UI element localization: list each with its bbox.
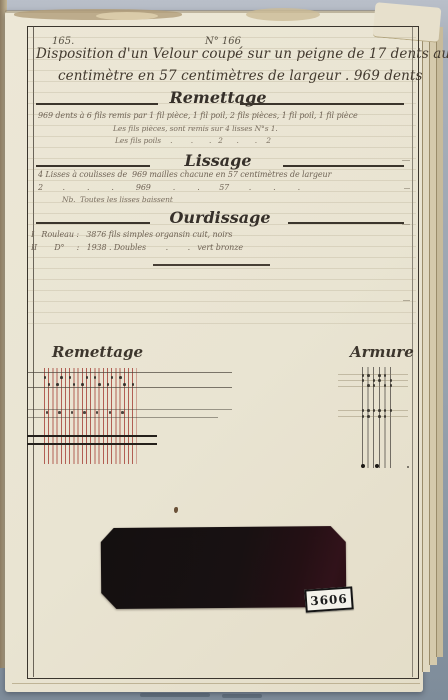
- stacked-page-edge: [436, 27, 443, 657]
- diagram-line: [338, 386, 408, 387]
- diagram-heavy-line: [27, 443, 157, 445]
- paper-stain: [246, 8, 320, 21]
- lissage-line-2: 2 . . . 969 . . 57 . . .: [38, 183, 300, 192]
- heading-rule: [36, 222, 150, 224]
- heading-rule: [240, 103, 404, 105]
- diagram-line: [28, 372, 232, 373]
- diagram-label-remettage: Remettage: [52, 343, 143, 361]
- heading-rule: [36, 103, 158, 105]
- section-heading-ourdissage: Ourdissage: [150, 208, 290, 227]
- pencil-mark: [402, 160, 410, 161]
- heading-rule: [288, 222, 404, 224]
- lissage-line-1: 4 Lisses à coulisses de 969 mailles chac…: [38, 170, 331, 179]
- section-heading-lissage: Lissage: [155, 151, 281, 170]
- lissage-note-line: Nb. Toutes les lisses baissent: [62, 195, 173, 204]
- diagram-line: [28, 409, 232, 410]
- diagram-line: [338, 380, 408, 381]
- diagram-line: [28, 417, 218, 418]
- diagram-heavy-line: [27, 435, 157, 437]
- paper-stain: [96, 12, 158, 20]
- shadow-smudge: [222, 694, 262, 698]
- diagram-line: [338, 374, 408, 375]
- diagram-line: [338, 416, 408, 417]
- pencil-mark: [403, 300, 410, 301]
- remettage-line-3: Les fils poils . . . 2 . . 2: [115, 136, 271, 145]
- page-bottom-fold: [12, 683, 420, 684]
- remettage-warp-lines: [44, 368, 137, 464]
- document-title-line-2: centimètre en 57 centimètres de largeur …: [58, 68, 422, 84]
- armure-grid-lines: [362, 367, 393, 468]
- heading-rule: [36, 165, 150, 167]
- ourdissage-line-1: I Rouleau : 3876 fils simples organsin c…: [31, 230, 232, 239]
- manuscript-photo: 165. N° 166 Disposition d'un Velour coup…: [0, 0, 448, 700]
- pencil-mark: [402, 224, 410, 225]
- remettage-line-1: 969 dents à 6 fils remis par 1 fil pièce…: [38, 111, 358, 120]
- heading-rule: [283, 165, 404, 167]
- remettage-line-2: Les fils pièces, sont remis sur 4 lisses…: [113, 124, 278, 133]
- shadow-smudge: [140, 693, 210, 697]
- section-end-rule: [153, 264, 270, 266]
- pencil-mark: [404, 188, 410, 189]
- document-title-line-1: Disposition d'un Velour coupé sur un pei…: [36, 46, 448, 62]
- diagram-label-armure: Armure: [350, 343, 414, 361]
- ourdissage-line-2: II D° : 1938 . Doubles . . vert bronze: [31, 243, 243, 252]
- swatch-number-label: 3606: [304, 586, 353, 612]
- diagram-line: [338, 410, 408, 411]
- diagram-line: [28, 387, 232, 388]
